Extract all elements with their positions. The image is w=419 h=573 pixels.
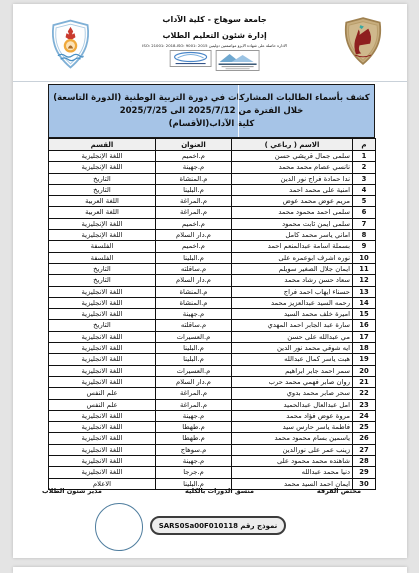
department-cell: اللغة الانجليزية [49, 422, 156, 433]
student-name-cell: ايمان جلال الصغير سويلم [232, 263, 353, 274]
table-row: 11 ايمان جلال الصغير سويلم م.ساقلته التا… [49, 263, 376, 274]
signature-label-courses-coordinator: منسق الدورات بالكلية [185, 487, 254, 495]
university-title: جامعة سوهاج - كلية الآداب [100, 15, 330, 24]
department-cell: التاريخ [49, 263, 156, 274]
department-cell: اللغة الانجليزية [49, 343, 156, 354]
student-name-cell: سعاد حسن رشاد محمد [232, 275, 353, 286]
student-name-cell: سلمى ايمن ثابت محمود [232, 218, 353, 229]
row-index-cell: 10 [353, 252, 376, 263]
student-name-cell: نوره اشرف ابوعمره على [232, 252, 353, 263]
student-name-cell: سلمى احمد محمود محمد [232, 207, 353, 218]
iso-certification-line: الادارة حاصلة على شهادة الايزو مواصفتين … [100, 43, 330, 48]
address-cell: م.جهينة [156, 162, 232, 173]
row-index-cell: 22 [353, 388, 376, 399]
row-index-cell: 19 [353, 354, 376, 365]
row-index-cell: 29 [353, 467, 376, 478]
roster-title-line-3: كلية الآداب(الأقسام) [49, 119, 374, 129]
student-name-cell: بسملة اسامة عبدالمنعم احمد [232, 241, 353, 252]
address-cell: م.طهطا [156, 433, 232, 444]
row-index-cell: 28 [353, 456, 376, 467]
roster-title-line-1: كشف بأسماء الطالبات المشاركات في دورة ال… [49, 93, 374, 103]
header-text-block: جامعة سوهاج - كلية الآداب إدارة شئون الت… [100, 15, 330, 71]
student-name-cell: اميرة خلف محمد السيد [232, 309, 353, 320]
address-cell: م.جرجا [156, 467, 232, 478]
table-row: 18 ايه شوقي محمد نور الدين م.البلينا الل… [49, 343, 376, 354]
department-cell: اللغة الانجليزية [49, 376, 156, 387]
address-cell: م.طهطا [156, 422, 232, 433]
table-row: 14 رحمه السيد عبدالعزيز محمد م.المنشاة ا… [49, 297, 376, 308]
row-index-cell: 11 [353, 263, 376, 274]
department-cell: التاريخ [49, 184, 156, 195]
student-name-cell: هبت ياسر كمال عبدالله [232, 354, 353, 365]
student-name-cell: ندا حمادة فراج نور الدين [232, 173, 353, 184]
header-divider [13, 81, 407, 82]
iso-certificate-image-1-icon [216, 50, 260, 71]
address-cell: م.المنشاة [156, 286, 232, 297]
department-cell: اللغة الانجليزية [49, 456, 156, 467]
student-name-cell: مي عبدالله على حسن [232, 331, 353, 342]
table-row: 10 نوره اشرف ابوعمره على م.البلينا الفلس… [49, 252, 376, 263]
row-index-cell: 23 [353, 399, 376, 410]
signature-label-team-specialist: مختص الفرقة [317, 487, 361, 495]
address-cell: م.المراغة [156, 207, 232, 218]
department-cell: علم النفس [49, 399, 156, 410]
student-name-cell: مريم عوض محمد عوض [232, 196, 353, 207]
row-index-cell: 20 [353, 365, 376, 376]
department-cell: اللغة العربية [49, 207, 156, 218]
department-cell: اللغة الإنجليزية [49, 218, 156, 229]
address-cell: م.دار السلام [156, 275, 232, 286]
address-cell: م.اخميم [156, 151, 232, 162]
address-cell: م.المنشاة [156, 297, 232, 308]
column-header-department: القسم [49, 139, 156, 151]
row-index-cell: 12 [353, 275, 376, 286]
document-page-2-edge [13, 567, 407, 573]
student-name-cell: فاطمة ياسر حارس سيد [232, 422, 353, 433]
address-cell: م.المنشاة [156, 173, 232, 184]
stamp-circle-placeholder [95, 503, 143, 551]
student-name-cell: سلمى جمال قريشي حسن [232, 151, 353, 162]
address-cell: م.دار السلام [156, 230, 232, 241]
university-shield-logo-icon [341, 16, 385, 66]
address-cell: م.البلينا [156, 354, 232, 365]
address-cell: م.المراغة [156, 399, 232, 410]
faculty-shield-logo-icon [48, 18, 93, 70]
row-index-cell: 18 [353, 343, 376, 354]
table-row: 17 مي عبدالله على حسن م.العسيرات اللغة ا… [49, 331, 376, 342]
table-row: 9 بسملة اسامة عبدالمنعم احمد م.اخميم الف… [49, 241, 376, 252]
table-row: 6 سلمى احمد محمود محمد م.المراغة اللغة ا… [49, 207, 376, 218]
department-cell: اللغة الإنجليزية [49, 230, 156, 241]
row-index-cell: 5 [353, 196, 376, 207]
row-index-cell: 7 [353, 218, 376, 229]
table-row: 8 اماني ياسر محمد كامل م.دار السلام اللغ… [49, 230, 376, 241]
student-name-cell: ايه شوقي محمد نور الدين [232, 343, 353, 354]
row-index-cell: 6 [353, 207, 376, 218]
department-cell: اللغة الانجليزية [49, 467, 156, 478]
address-cell: م.البلينا [156, 184, 232, 195]
student-name-cell: شاهنده محمد محمود على [232, 456, 353, 467]
table-row: 15 اميرة خلف محمد السيد م.جهينة اللغة ال… [49, 309, 376, 320]
address-cell: م.جهينة [156, 456, 232, 467]
department-cell: اللغة الانجليزية [49, 354, 156, 365]
table-row: 27 زينب عمر على نورالدين م.سوهاج اللغة ا… [49, 444, 376, 455]
department-cell: اللغة الانجليزية [49, 444, 156, 455]
iso-certificate-image-2-icon [170, 50, 212, 67]
table-row: 28 شاهنده محمد محمود على م.جهينة اللغة ا… [49, 456, 376, 467]
table-row: 26 ياسمين بسام محمود محمد م.طهطا اللغة ا… [49, 433, 376, 444]
table-row: 19 هبت ياسر كمال عبدالله م.البلينا اللغة… [49, 354, 376, 365]
column-header-address: العنوان [156, 139, 232, 151]
signature-label-student-affairs-director: مدير شئون الطلاب [42, 487, 102, 495]
table-row: 1 سلمى جمال قريشي حسن م.اخميم اللغة الإن… [49, 151, 376, 162]
department-cell: اللغة الانجليزية [49, 331, 156, 342]
table-header-row: م الاسم ( رباعي ) العنوان القسم [49, 139, 376, 151]
table-row: 3 ندا حمادة فراج نور الدين م.المنشاة الت… [49, 173, 376, 184]
student-name-cell: روان صابر فهمي محمد حرب [232, 376, 353, 387]
address-cell: م.جهينة [156, 309, 232, 320]
address-cell: م.ساقلته [156, 320, 232, 331]
address-cell: م.المراغة [156, 388, 232, 399]
student-name-cell: دنيا محمد عبدالله [232, 467, 353, 478]
table-row: 21 روان صابر فهمي محمد حرب م.دار السلام … [49, 376, 376, 387]
table-row: 7 سلمى ايمن ثابت محمود م.اخميم اللغة الإ… [49, 218, 376, 229]
student-name-cell: حسناء ايهاب احمد فراج [232, 286, 353, 297]
department-cell: الفلسفة [49, 252, 156, 263]
row-index-cell: 4 [353, 184, 376, 195]
row-index-cell: 13 [353, 286, 376, 297]
column-header-index: م [353, 139, 376, 151]
column-header-name: الاسم ( رباعي ) [232, 139, 353, 151]
row-index-cell: 24 [353, 410, 376, 421]
address-cell: م.اخميم [156, 218, 232, 229]
roster-title-box: كشف بأسماء الطالبات المشاركات في دورة ال… [48, 84, 375, 138]
address-cell: م.المراغة [156, 196, 232, 207]
department-cell: الفلسفة [49, 241, 156, 252]
department-cell: اللغة الإنجليزية [49, 162, 156, 173]
address-cell: م.سوهاج [156, 444, 232, 455]
address-cell: م.العسيرات [156, 365, 232, 376]
department-cell: اللغة الإنجليزية [49, 151, 156, 162]
student-name-cell: ياسمين بسام محمود محمد [232, 433, 353, 444]
department-cell: اللغة الانجليزية [49, 365, 156, 376]
form-number-badge: نموذج رقم SARS0Sa00F010118 [150, 516, 286, 535]
row-index-cell: 16 [353, 320, 376, 331]
document-page-1: جامعة سوهاج - كلية الآداب إدارة شئون الت… [13, 4, 407, 558]
student-name-cell: رحمه السيد عبدالعزيز محمد [232, 297, 353, 308]
row-index-cell: 17 [353, 331, 376, 342]
row-index-cell: 8 [353, 230, 376, 241]
row-index-cell: 9 [353, 241, 376, 252]
address-cell: م.البلينا [156, 252, 232, 263]
department-cell: علم النفس [49, 388, 156, 399]
department-cell: اللغة العربية [49, 196, 156, 207]
department-cell: التاريخ [49, 275, 156, 286]
student-name-cell: نانسي عصام محمد محمد [232, 162, 353, 173]
row-index-cell: 26 [353, 433, 376, 444]
row-index-cell: 2 [353, 162, 376, 173]
department-cell: اللغة الانجليزية [49, 297, 156, 308]
department-cell: التاريخ [49, 320, 156, 331]
certificate-images [100, 50, 330, 71]
student-name-cell: امل عبدالعال عبدالحميد [232, 399, 353, 410]
students-table: م الاسم ( رباعي ) العنوان القسم 1 سلمى ج… [48, 138, 376, 490]
table-row: 25 فاطمة ياسر حارس سيد م.طهطا اللغة الان… [49, 422, 376, 433]
table-row: 2 نانسي عصام محمد محمد م.جهينة اللغة الإ… [49, 162, 376, 173]
row-index-cell: 25 [353, 422, 376, 433]
address-cell: م.دار السلام [156, 376, 232, 387]
student-name-cell: سحر صابر محمد بدوي [232, 388, 353, 399]
row-index-cell: 15 [353, 309, 376, 320]
table-row: 13 حسناء ايهاب احمد فراج م.المنشاة اللغة… [49, 286, 376, 297]
title-cell-split-line [238, 85, 239, 137]
row-index-cell: 21 [353, 376, 376, 387]
table-row: 24 مروة عوض فؤاد محمد م.جهينة اللغة الان… [49, 410, 376, 421]
table-row: 12 سعاد حسن رشاد محمد م.دار السلام التار… [49, 275, 376, 286]
department-cell: اللغة الانجليزية [49, 433, 156, 444]
department-cell: التاريخ [49, 173, 156, 184]
address-cell: م.البلينا [156, 343, 232, 354]
department-cell: اللغة الانجليزية [49, 410, 156, 421]
row-index-cell: 1 [353, 151, 376, 162]
address-cell: م.العسيرات [156, 331, 232, 342]
table-row: 23 امل عبدالعال عبدالحميد م.المراغة علم … [49, 399, 376, 410]
row-index-cell: 3 [353, 173, 376, 184]
row-index-cell: 27 [353, 444, 376, 455]
student-name-cell: اماني ياسر محمد كامل [232, 230, 353, 241]
table-row: 29 دنيا محمد عبدالله م.جرجا اللغة الانجل… [49, 467, 376, 478]
student-name-cell: زينب عمر على نورالدين [232, 444, 353, 455]
table-row: 16 سارة عبد الجابر احمد المهدي م.ساقلته … [49, 320, 376, 331]
table-row: 22 سحر صابر محمد بدوي م.المراغة علم النف… [49, 388, 376, 399]
department-cell: اللغة الانجليزية [49, 309, 156, 320]
student-name-cell: سمر احمد جابر ابراهيم [232, 365, 353, 376]
student-name-cell: مروة عوض فؤاد محمد [232, 410, 353, 421]
table-row: 5 مريم عوض محمد عوض م.المراغة اللغة العر… [49, 196, 376, 207]
student-name-cell: سارة عبد الجابر احمد المهدي [232, 320, 353, 331]
roster-title-line-2: خلال الفترة من 2025/7/12 الى 2025/7/25 [49, 106, 374, 116]
row-index-cell: 14 [353, 297, 376, 308]
document-viewer-background: { "colors": { "viewer_bg": "#e4e4e4", "p… [0, 0, 419, 573]
table-row: 4 امنية على محمد احمد م.البلينا التاريخ [49, 184, 376, 195]
table-row: 20 سمر احمد جابر ابراهيم م.العسيرات اللغ… [49, 365, 376, 376]
address-cell: م.اخميم [156, 241, 232, 252]
address-cell: م.جهينة [156, 410, 232, 421]
student-name-cell: امنية على محمد احمد [232, 184, 353, 195]
department-title: إدارة شئون التعليم الطلاب [100, 31, 330, 40]
student-table-body: 1 سلمى جمال قريشي حسن م.اخميم اللغة الإن… [49, 151, 376, 490]
address-cell: م.ساقلته [156, 263, 232, 274]
department-cell: اللغة الانجليزية [49, 286, 156, 297]
